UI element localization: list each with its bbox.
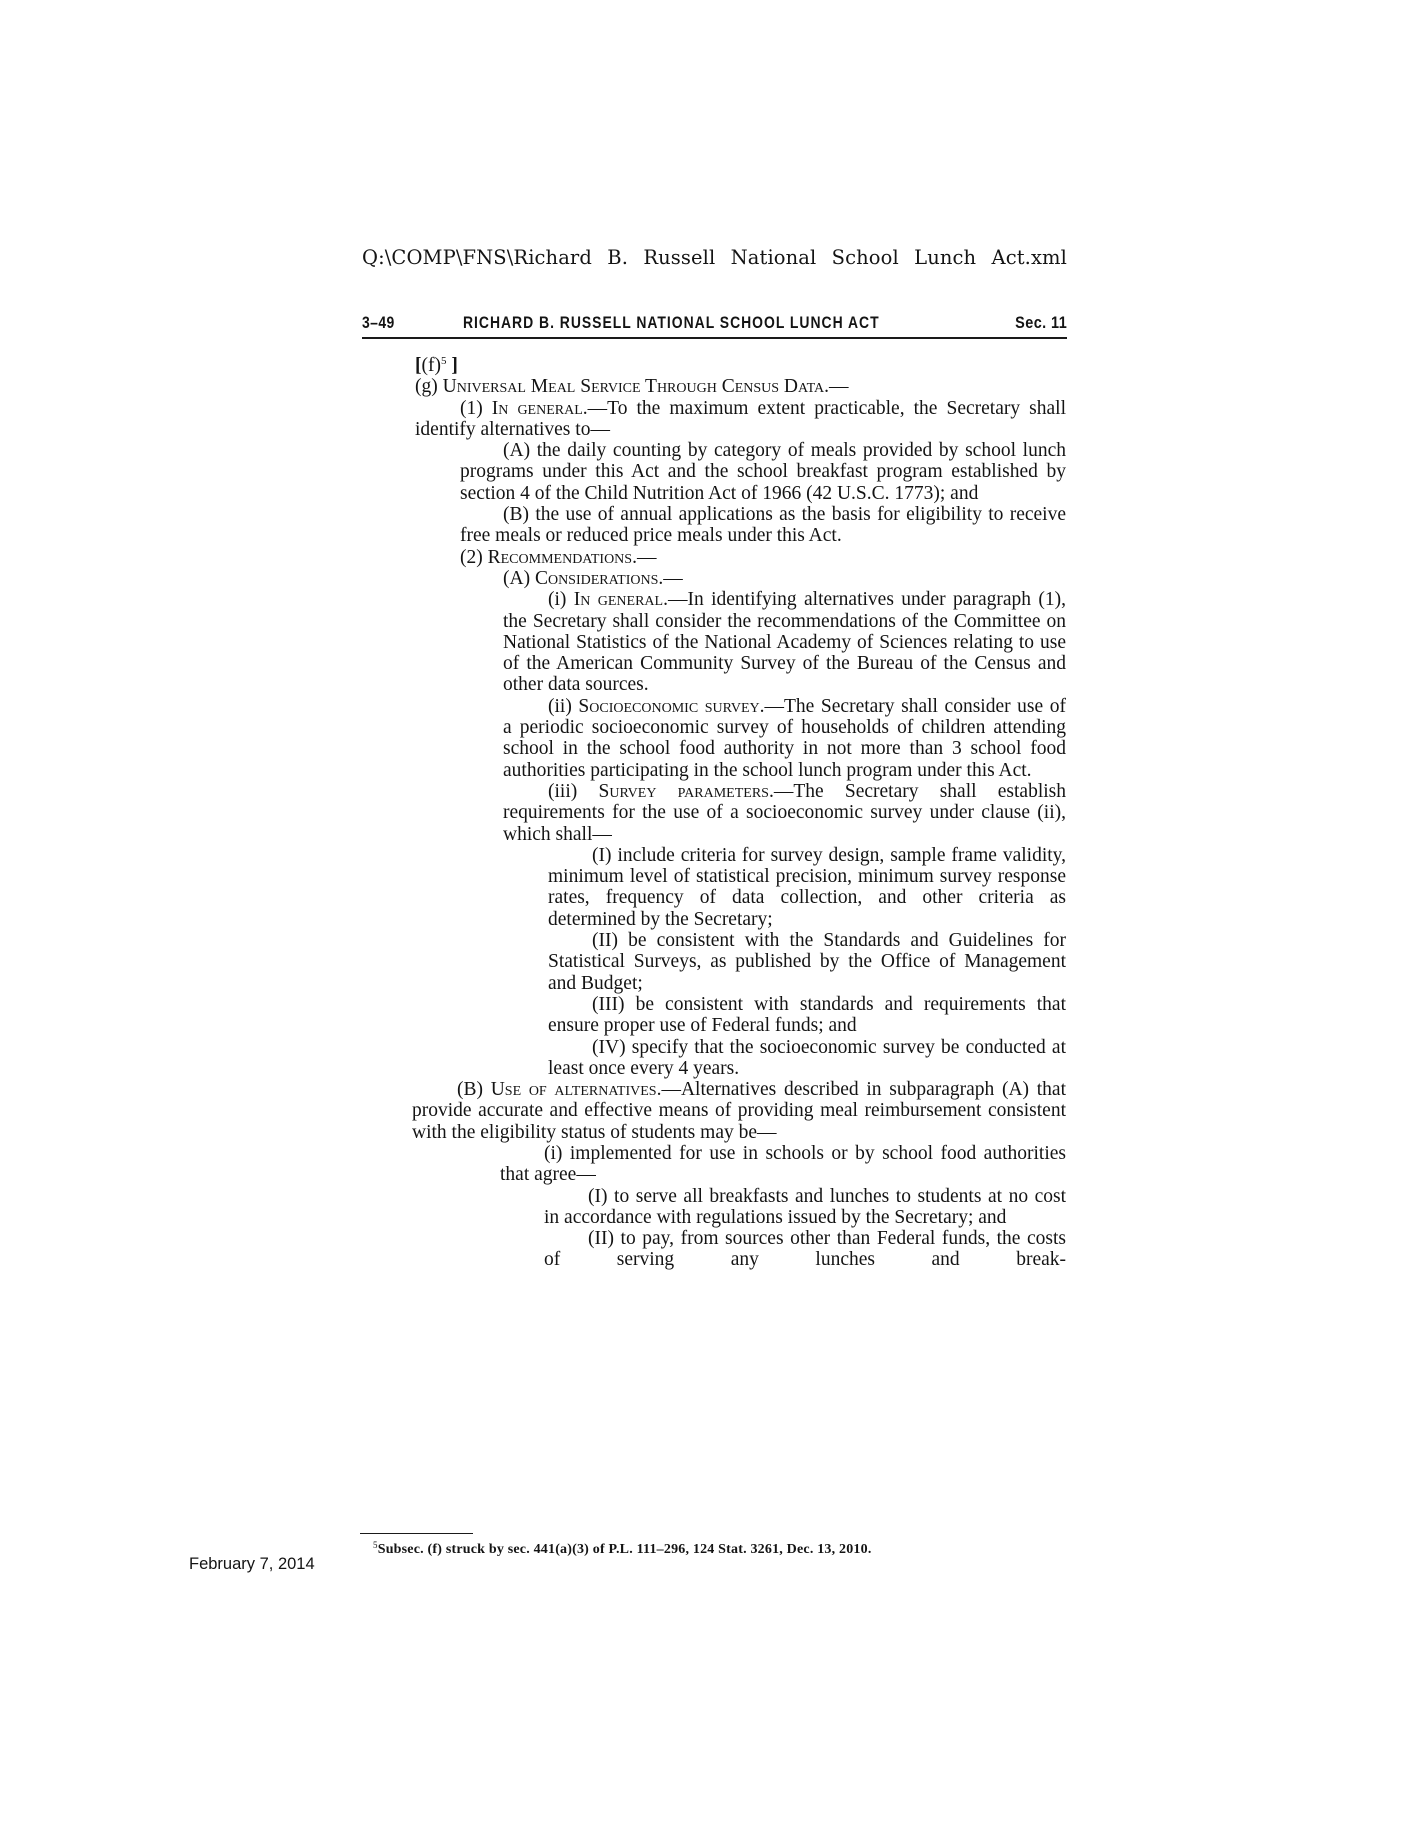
clause-label: (ii) — [548, 696, 572, 717]
subparagraph-A-heading: (A) Considerations.— — [503, 568, 1066, 589]
subsection-g-title: Universal Meal Service Through Census Da… — [443, 376, 849, 397]
subparagraph-B-clause-i: (i) implemented for use in schools or by… — [500, 1143, 1066, 1186]
paragraph-1-label: (1) — [460, 398, 483, 419]
subclause-II: (II) be consistent with the Standards an… — [548, 930, 1066, 994]
page-number: 3–49 — [362, 313, 395, 333]
paragraph-2-heading: (2) Recommendations.— — [460, 547, 1066, 568]
subparagraph-B-heading: Use of alternatives. — [491, 1079, 662, 1100]
subsection-g-label: (g) — [415, 376, 438, 397]
subclause-IV: (IV) specify that the socioeconomic surv… — [548, 1037, 1066, 1080]
subsection-g-heading: (g) Universal Meal Service Through Censu… — [415, 376, 1066, 397]
subclause-III: (III) be consistent with standards and r… — [548, 994, 1066, 1037]
item-text: the use of annual applications as the ba… — [460, 504, 1066, 546]
paragraph-2-title: Recommendations.— — [488, 547, 657, 568]
close-bracket: ] — [451, 355, 458, 376]
paragraph-1: (1) In general.—To the maximum extent pr… — [415, 398, 1066, 441]
subparagraph-B-subclause-I: (I) to serve all breakfasts and lunches … — [544, 1186, 1066, 1229]
clause-label: (i) — [544, 1143, 562, 1164]
subclause-label: (III) — [592, 994, 624, 1015]
item-label: (B) — [503, 504, 529, 525]
statute-body: [(f)5 ] (g) Universal Meal Service Throu… — [415, 355, 1066, 1271]
subsection-label: (f) — [422, 355, 441, 376]
document-page: Q:\COMP\FNS\Richard B. Russell National … — [0, 0, 1427, 1847]
clause-ii: (ii) Socioeconomic survey.—The Secretary… — [503, 696, 1066, 781]
subparagraph-B-subclause-II: (II) to pay, from sources other than Fed… — [544, 1228, 1066, 1271]
print-date: February 7, 2014 — [189, 1555, 315, 1574]
clause-iii: (iii) Survey parameters.—The Secretary s… — [503, 781, 1066, 845]
clause-heading: In general. — [574, 589, 668, 610]
subclause-label: (I) — [588, 1186, 607, 1207]
subparagraph-B: (B) Use of alternatives.—Alternatives de… — [412, 1079, 1066, 1143]
subclause-label: (II) — [588, 1228, 614, 1249]
clause-text: —The Secretary shall establish requireme… — [503, 781, 1066, 845]
subparagraph-B-label: (B) — [457, 1079, 483, 1100]
paragraph-1-heading: In general. — [492, 398, 588, 419]
item-label: (A) — [503, 440, 530, 461]
footnote-ref: 5 — [441, 355, 447, 367]
footnote-divider — [360, 1533, 473, 1534]
file-path: Q:\COMP\FNS\Richard B. Russell National … — [362, 246, 1067, 269]
subclause-text: to pay, from sources other than Federal … — [544, 1228, 1066, 1270]
struck-subsection-f: [(f)5 ] — [415, 355, 1066, 376]
clause-label: (i) — [548, 589, 566, 610]
paragraph-1-item-A: (A) the daily counting by category of me… — [460, 440, 1066, 504]
running-head: 3–49 RICHARD B. RUSSELL NATIONAL SCHOOL … — [362, 311, 1067, 339]
subclause-text: include criteria for survey design, samp… — [548, 845, 1066, 930]
paragraph-1-item-B: (B) the use of annual applications as th… — [460, 504, 1066, 547]
subclause-text: specify that the socioeconomic survey be… — [548, 1037, 1066, 1079]
clause-heading: Survey parameters. — [598, 781, 773, 802]
clause-label: (iii) — [548, 781, 577, 802]
subclause-text: be consistent with standards and require… — [548, 994, 1066, 1036]
subclause-I: (I) include criteria for survey design, … — [548, 845, 1066, 930]
clause-text: implemented for use in schools or by sch… — [500, 1143, 1066, 1185]
subclause-label: (IV) — [592, 1037, 626, 1058]
subclause-label: (I) — [592, 845, 611, 866]
section-number: Sec. 11 — [1015, 313, 1067, 333]
clause-heading: Socioeconomic survey. — [578, 696, 764, 717]
subclause-label: (II) — [592, 930, 618, 951]
footnote: 5Subsec. (f) struck by sec. 441(a)(3) of… — [373, 1540, 872, 1558]
act-title: RICHARD B. RUSSELL NATIONAL SCHOOL LUNCH… — [463, 313, 880, 333]
subclause-text: be consistent with the Standards and Gui… — [548, 930, 1066, 994]
subparagraph-A-label: (A) — [503, 568, 530, 589]
clause-i: (i) In general.—In identifying alternati… — [503, 589, 1066, 695]
subclause-text: to serve all breakfasts and lunches to s… — [544, 1186, 1066, 1228]
subparagraph-A-title: Considerations.— — [535, 568, 683, 589]
item-text: the daily counting by category of meals … — [460, 440, 1066, 504]
paragraph-2-label: (2) — [460, 547, 483, 568]
footnote-text: Subsec. (f) struck by sec. 441(a)(3) of … — [378, 1542, 872, 1557]
